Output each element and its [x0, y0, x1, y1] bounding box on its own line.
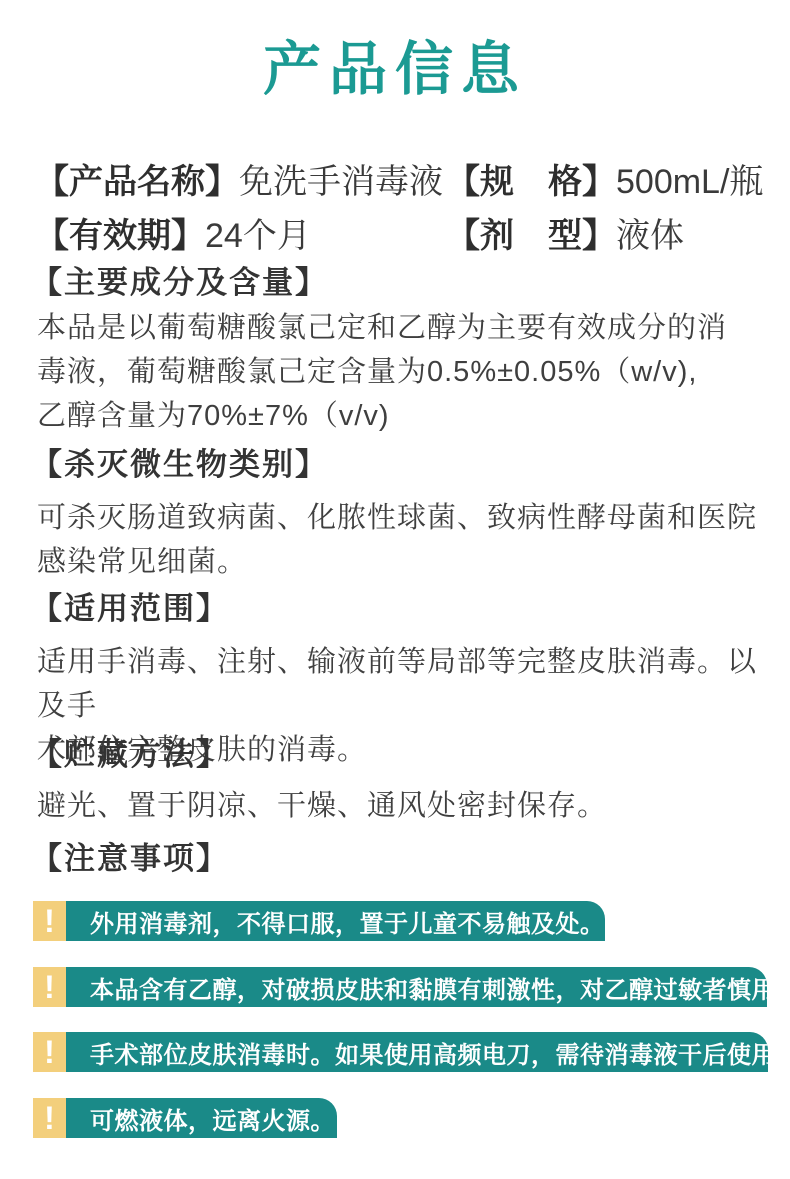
warning-text-3: 手术部位皮肤消毒时。如果使用高频电刀，需待消毒液干后使用。 — [66, 1035, 768, 1070]
info-pair-dosage-form: 【剂 型】液体 — [446, 214, 684, 258]
warning-text-4: 可燃液体，远离火源。 — [66, 1101, 335, 1136]
info-pair-spec: 【规 格】500mL/瓶 — [446, 160, 763, 204]
info-row-2: 【有效期】24个月 【剂 型】液体 — [35, 214, 775, 258]
warning-banner-4: ! 可燃液体，远离火源。 — [33, 1098, 337, 1138]
warning-banner-3: ! 手术部位皮肤消毒时。如果使用高频电刀，需待消毒液干后使用。 — [33, 1032, 768, 1072]
section-heading-microbes: 【杀灭微生物类别】 — [31, 446, 328, 484]
warning-text-2: 本品含有乙醇，对破损皮肤和黏膜有刺激性，对乙醇过敏者慎用。 — [66, 970, 767, 1005]
exclamation-icon: ! — [33, 967, 66, 1007]
exclamation-icon: ! — [33, 901, 66, 941]
product-name-label: 【产品名称】 — [35, 163, 239, 201]
spec-label: 【规 格】 — [446, 163, 616, 201]
section-body-ingredients: 本品是以葡萄糖酸氯己定和乙醇为主要有效成分的消 毒液，葡萄糖酸氯己定含量为0.5… — [37, 306, 777, 438]
info-pair-shelf-life: 【有效期】24个月 — [35, 214, 311, 258]
section-body-microbes: 可杀灭肠道致病菌、化脓性球菌、致病性酵母菌和医院 感染常见细菌。 — [37, 496, 777, 584]
warning-text-1: 外用消毒剂，不得口服，置于儿童不易触及处。 — [66, 904, 605, 939]
section-body-storage: 避光、置于阴凉、干燥、通风处密封保存。 — [37, 784, 777, 828]
info-pair-product-name: 【产品名称】免洗手消毒液 — [35, 160, 443, 204]
warning-banner-2: ! 本品含有乙醇，对破损皮肤和黏膜有刺激性，对乙醇过敏者慎用。 — [33, 967, 767, 1007]
page-title: 产品信息 — [0, 34, 790, 106]
section-heading-storage: 【贮藏方法】 — [31, 736, 229, 774]
dosage-form-value: 液体 — [616, 217, 684, 255]
spec-value: 500mL/瓶 — [616, 163, 763, 201]
shelf-life-value: 24个月 — [205, 217, 311, 255]
section-heading-ingredients: 【主要成分及含量】 — [31, 264, 328, 302]
exclamation-icon: ! — [33, 1032, 66, 1072]
section-heading-scope: 【适用范围】 — [31, 590, 229, 628]
shelf-life-label: 【有效期】 — [35, 217, 205, 255]
product-name-value: 免洗手消毒液 — [239, 163, 443, 201]
exclamation-icon: ! — [33, 1098, 66, 1138]
section-heading-precautions: 【注意事项】 — [31, 840, 229, 878]
product-info-page: 产品信息 【产品名称】免洗手消毒液 【规 格】500mL/瓶 【有效期】24个月… — [0, 0, 790, 1179]
warning-banner-1: ! 外用消毒剂，不得口服，置于儿童不易触及处。 — [33, 901, 605, 941]
info-row-1: 【产品名称】免洗手消毒液 【规 格】500mL/瓶 — [35, 160, 775, 204]
dosage-form-label: 【剂 型】 — [446, 217, 616, 255]
